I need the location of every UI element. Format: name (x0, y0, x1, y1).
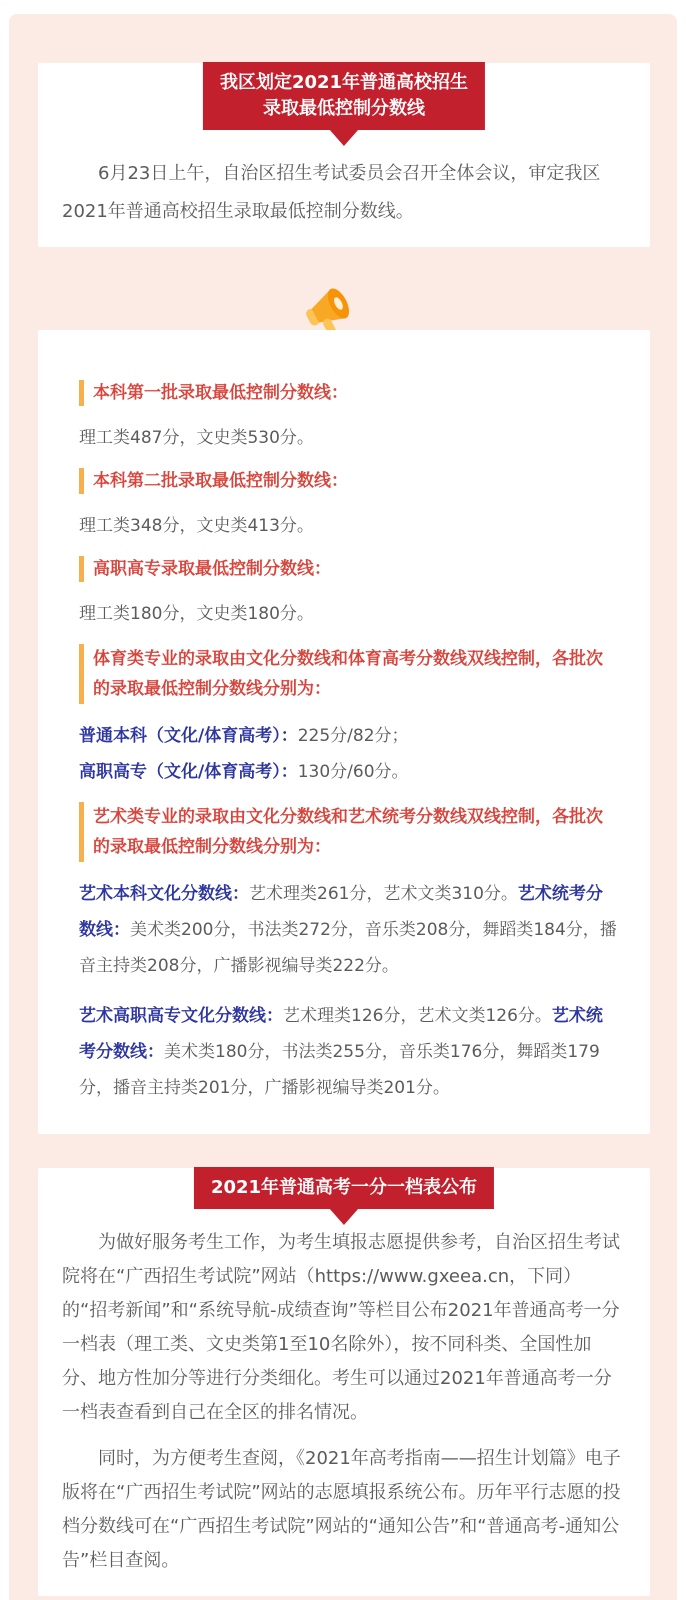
section-heading-sports: 体育类专业的录取由文化分数线和体育高考分数线双线控制，各批次的录取最低控制分数线… (79, 644, 618, 704)
section-body-benke1: 理工类487分，文史类530分。 (79, 420, 618, 456)
rank-table-banner: 2021年普通高考一分一档表公布 (194, 1167, 494, 1209)
article-page: 我区划定2021年普通高校招生 录取最低控制分数线 6月23日上午，自治区招生考… (0, 0, 686, 1600)
art-gaozhi-paragraph: 艺术高职高专文化分数线：艺术理类126分，艺术文类126分。艺术统考分数线：美术… (79, 998, 618, 1106)
sports-benke-value: 225分/82分； (298, 726, 409, 746)
sports-score-line-benke: 普通本科（文化/体育高考）：225分/82分； (79, 718, 618, 754)
rank-table-card: 2021年普通高考一分一档表公布 为做好服务考生工作，为考生填报志愿提供参考，自… (38, 1168, 650, 1596)
section-heading-gaozhi: 高职高专录取最低控制分数线： (79, 556, 618, 582)
art-benke-culture-label: 艺术本科文化分数线： (79, 884, 249, 904)
art-benke-paragraph: 艺术本科文化分数线：艺术理类261分，艺术文类310分。艺术统考分数线：美术类2… (79, 876, 618, 984)
sports-gaozhi-value: 130分/60分。 (298, 762, 409, 782)
rank-table-paragraph-2: 同时，为方便考生查阅，《2021年高考指南——招生计划篇》电子版将在“广西招生考… (62, 1442, 622, 1578)
headline-banner-line1: 我区划定2021年普通高校招生 (220, 70, 468, 96)
art-gaozhi-culture-label: 艺术高职高专文化分数线： (79, 1006, 283, 1026)
headline-banner: 我区划定2021年普通高校招生 录取最低控制分数线 (203, 62, 485, 130)
headline-banner-line2: 录取最低控制分数线 (220, 96, 468, 122)
sports-benke-label: 普通本科（文化/体育高考）： (79, 726, 298, 746)
section-body-gaozhi: 理工类180分，文史类180分。 (79, 596, 618, 632)
announcement-card: 我区划定2021年普通高校招生 录取最低控制分数线 6月23日上午，自治区招生考… (38, 63, 650, 247)
sports-score-line-gaozhi: 高职高专（文化/体育高考）：130分/60分。 (79, 754, 618, 790)
art-benke-tongkao-values: 美术类200分，书法类272分，音乐类208分，舞蹈类184分，播音主持类208… (79, 920, 617, 976)
section-body-benke2: 理工类348分，文史类413分。 (79, 508, 618, 544)
sports-score-lines: 普通本科（文化/体育高考）：225分/82分； 高职高专（文化/体育高考）：13… (79, 718, 618, 790)
section-heading-art: 艺术类专业的录取由文化分数线和艺术统考分数线双线控制，各批次的录取最低控制分数线… (79, 802, 618, 862)
rank-table-paragraph-1: 为做好服务考生工作，为考生填报志愿提供参考，自治区招生考试院将在“广西招生考试院… (62, 1226, 622, 1430)
section-heading-benke1: 本科第一批录取最低控制分数线： (79, 380, 618, 406)
score-lines-card: 本科第一批录取最低控制分数线： 理工类487分，文史类530分。 本科第二批录取… (38, 330, 650, 1134)
art-benke-culture-values: 艺术理类261分，艺术文类310分。 (249, 884, 518, 904)
intro-paragraph: 6月23日上午，自治区招生考试委员会召开全体会议，审定我区2021年普通高校招生… (62, 155, 622, 231)
sports-gaozhi-label: 高职高专（文化/体育高考）： (79, 762, 298, 782)
art-gaozhi-culture-values: 艺术理类126分，艺术文类126分。 (283, 1006, 552, 1026)
section-heading-benke2: 本科第二批录取最低控制分数线： (79, 468, 618, 494)
